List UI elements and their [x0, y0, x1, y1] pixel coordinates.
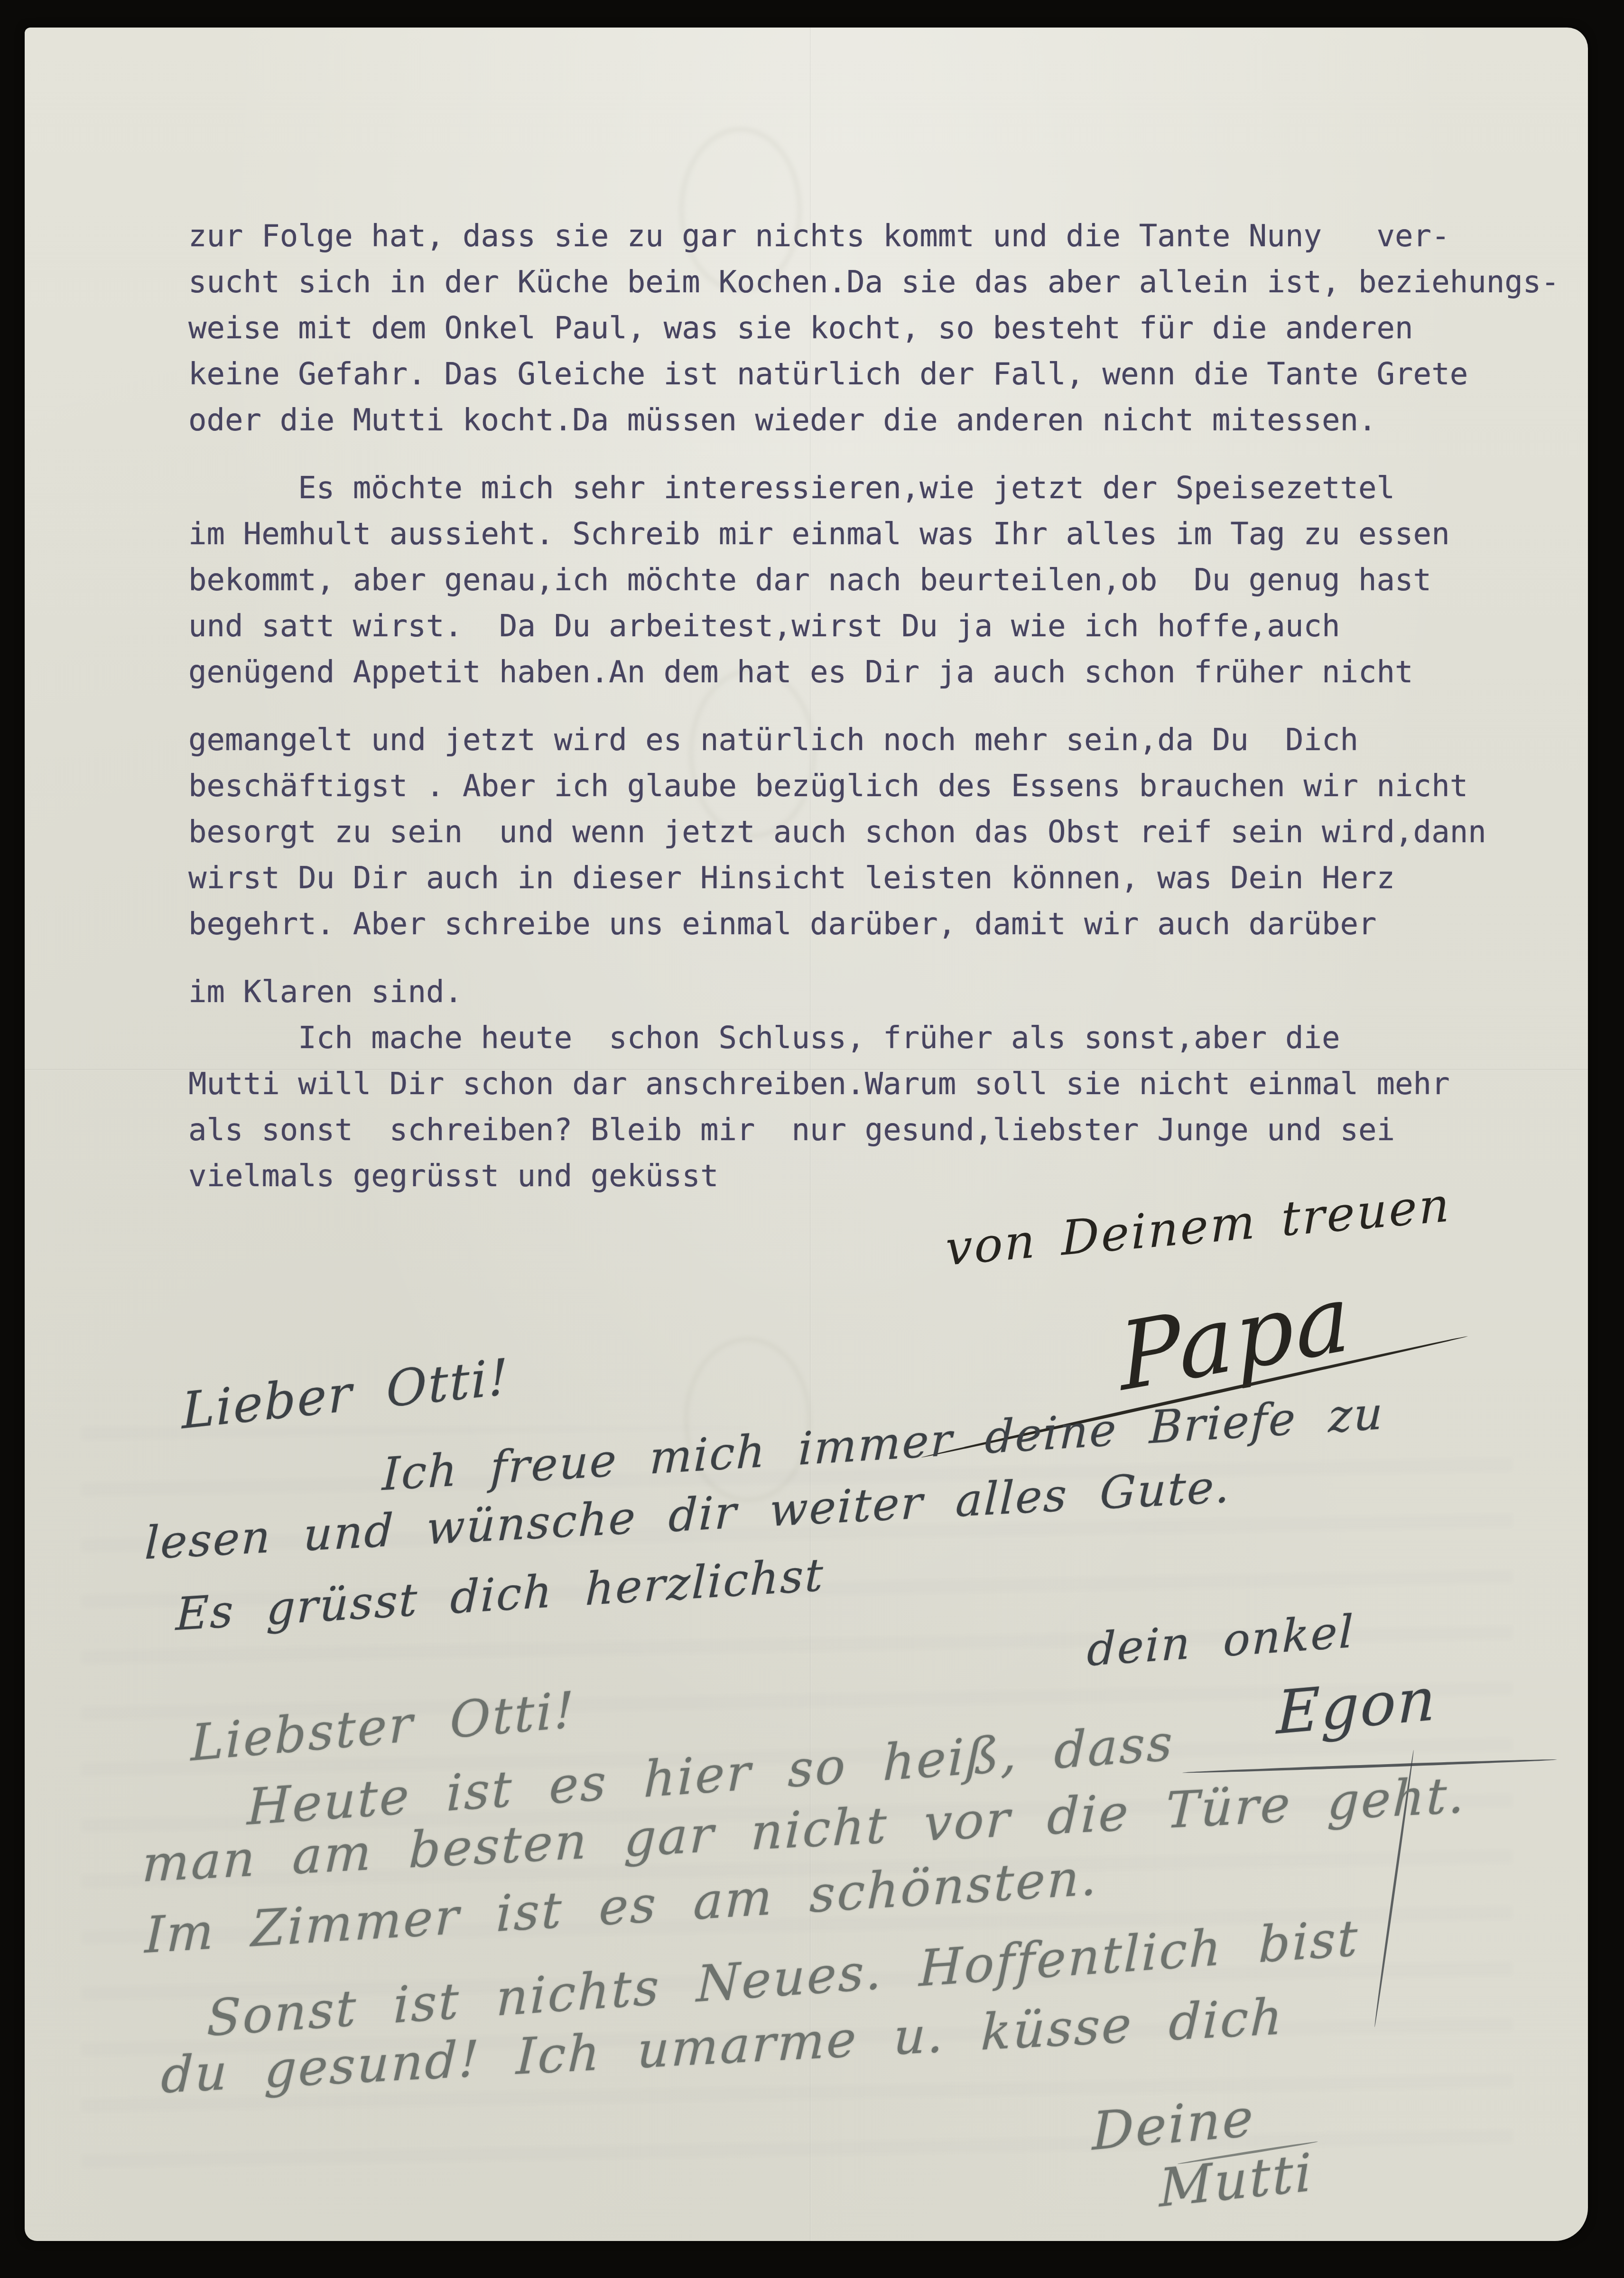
typed-line: und satt wirst. Da Du arbeitest,wirst Du… [188, 604, 1559, 650]
typed-line: gemangelt und jetzt wird es natürlich no… [188, 717, 1559, 763]
typed-line: oder die Mutti kocht.Da müssen wieder di… [188, 398, 1559, 444]
letter-paper: zur Folge hat, dass sie zu gar nichts ko… [25, 28, 1588, 2241]
papa-signature: Papa [1116, 1263, 1355, 1412]
typed-line: besorgt zu sein und wenn jetzt auch scho… [188, 809, 1559, 855]
typed-line: Es möchte mich sehr interessieren,wie je… [188, 465, 1559, 511]
typed-line: sucht sich in der Küche beim Kochen.Da s… [188, 260, 1559, 306]
typed-line: Mutti will Dir schon dar anschreiben.War… [188, 1061, 1559, 1107]
typed-line: bekommt, aber genau,ich möchte dar nach … [188, 558, 1559, 604]
typed-line: keine Gefahr. Das Gleiche ist natürlich … [188, 352, 1559, 398]
scanned-letter-photo: zur Folge hat, dass sie zu gar nichts ko… [0, 0, 1624, 2278]
egon-signature: Egon [1276, 1664, 1437, 1748]
egon-greeting: Lieber Otti! [181, 1348, 510, 1440]
typed-line: zur Folge hat, dass sie zu gar nichts ko… [188, 214, 1559, 260]
typed-line: im Klaren sind. [188, 969, 1559, 1015]
typed-letter-body: zur Folge hat, dass sie zu gar nichts ko… [188, 214, 1559, 1199]
typed-line: im Hemhult aussieht. Schreib mir einmal … [188, 511, 1559, 558]
typed-line: beschäftigst . Aber ich glaube bezüglich… [188, 763, 1559, 809]
typed-line: wirst Du Dir auch in dieser Hinsicht lei… [188, 855, 1559, 902]
typed-line: begehrt. Aber schreibe uns einmal darübe… [188, 902, 1559, 948]
typed-line: weise mit dem Onkel Paul, was sie kocht,… [188, 306, 1559, 352]
typed-line: Ich mache heute schon Schluss, früher al… [188, 1015, 1559, 1061]
typed-line: genügend Appetit haben.An dem hat es Dir… [188, 650, 1559, 696]
typed-line: als sonst schreiben? Bleib mir nur gesun… [188, 1107, 1559, 1153]
